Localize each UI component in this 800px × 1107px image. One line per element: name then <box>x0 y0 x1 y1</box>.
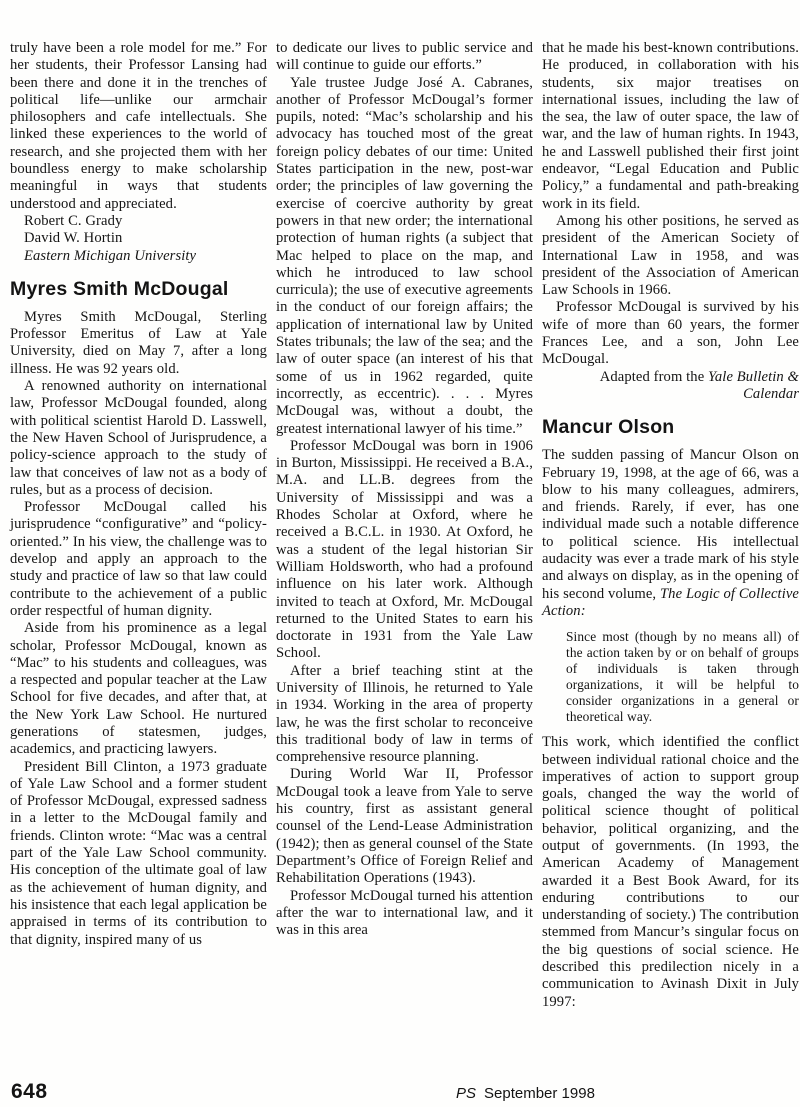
journal-page: truly have been a role model for me.” Fo… <box>0 0 800 1107</box>
signature-line: David W. Hortin <box>24 230 267 247</box>
journal-abbreviation: PS <box>456 1085 476 1102</box>
body-paragraph: that he made his best-known contribution… <box>542 40 799 213</box>
text-run: Aside from his prominence as a legal sch… <box>10 620 267 757</box>
body-paragraph: to dedicate our lives to public service … <box>276 40 533 75</box>
text-run: truly have been a role model for me.” Fo… <box>10 40 267 212</box>
body-paragraph: Yale trustee Judge José A. Cabranes, ano… <box>276 75 533 438</box>
signature-block: Robert C. GradyDavid W. HortinEastern Mi… <box>24 213 267 265</box>
italic-text-run: Eastern Michigan University <box>24 248 196 264</box>
body-paragraph: After a brief teaching stint at the Univ… <box>276 663 533 767</box>
blockquote: Since most (though by no means all) of t… <box>566 629 799 725</box>
body-paragraph: Professor McDougal called his jurisprude… <box>10 499 267 620</box>
body-paragraph: truly have been a role model for me.” Fo… <box>10 40 267 213</box>
text-run: Robert C. Grady <box>24 213 122 229</box>
body-paragraph: During World War II, Professor McDougal … <box>276 766 533 887</box>
text-run: David W. Hortin <box>24 230 122 246</box>
page-number: 648 <box>11 1080 48 1104</box>
section-heading: Mancur Olson <box>542 416 799 438</box>
text-run: Professor McDougal turned his attention … <box>276 888 533 939</box>
text-run: After a brief teaching stint at the Univ… <box>276 663 533 765</box>
text-run: Since most (though by no means all) of t… <box>566 629 799 724</box>
text-run: The sudden passing of Mancur Olson on Fe… <box>542 447 799 601</box>
section-heading: Myres Smith McDougal <box>10 278 267 300</box>
body-paragraph: A renowned authority on international la… <box>10 378 267 499</box>
body-paragraph: Myres Smith McDougal, Sterling Professor… <box>10 309 267 378</box>
body-paragraph: The sudden passing of Mancur Olson on Fe… <box>542 447 799 620</box>
text-run: During World War II, Professor McDougal … <box>276 766 533 886</box>
body-paragraph: Professor McDougal is survived by his wi… <box>542 299 799 368</box>
text-run: Yale trustee Judge José A. Cabranes, ano… <box>276 75 533 437</box>
body-paragraph: President Bill Clinton, a 1973 graduate … <box>10 759 267 949</box>
footer-issue-line: PSSeptember 1998 <box>456 1085 595 1102</box>
text-run: This work, which identified the conflict… <box>542 734 799 1009</box>
italic-text-run: Yale Bulletin & Calendar <box>708 369 799 402</box>
text-run: Myres Smith McDougal, Sterling Professor… <box>10 309 267 377</box>
column-right: that he made his best-known contribution… <box>542 40 799 1011</box>
text-run: to dedicate our lives to public service … <box>276 40 533 73</box>
issue-date: September 1998 <box>484 1085 595 1102</box>
text-run: that he made his best-known contribution… <box>542 40 799 212</box>
body-paragraph: Among his other positions, he served as … <box>542 213 799 299</box>
text-run: Professor McDougal was born in 1906 in B… <box>276 438 533 662</box>
body-paragraph: Aside from his prominence as a legal sch… <box>10 620 267 758</box>
text-run: Among his other positions, he served as … <box>542 213 799 298</box>
body-paragraph: This work, which identified the conflict… <box>542 734 799 1011</box>
text-run: Myres Smith McDougal <box>10 278 229 300</box>
body-paragraph: Professor McDougal was born in 1906 in B… <box>276 438 533 663</box>
text-run: Mancur Olson <box>542 416 674 438</box>
text-run: Professor McDougal called his jurisprude… <box>10 499 267 619</box>
signature-line: Eastern Michigan University <box>24 248 267 265</box>
signature-line: Robert C. Grady <box>24 213 267 230</box>
text-run: President Bill Clinton, a 1973 graduate … <box>10 759 267 948</box>
attribution-line: Adapted from the Yale Bulletin & Calenda… <box>542 369 799 404</box>
text-run: A renowned authority on international la… <box>10 378 267 498</box>
text-run: Professor McDougal is survived by his wi… <box>542 299 799 367</box>
column-left: truly have been a role model for me.” Fo… <box>10 40 267 949</box>
text-run: Adapted from the <box>600 369 708 385</box>
column-middle: to dedicate our lives to public service … <box>276 40 533 939</box>
body-paragraph: Professor McDougal turned his attention … <box>276 888 533 940</box>
